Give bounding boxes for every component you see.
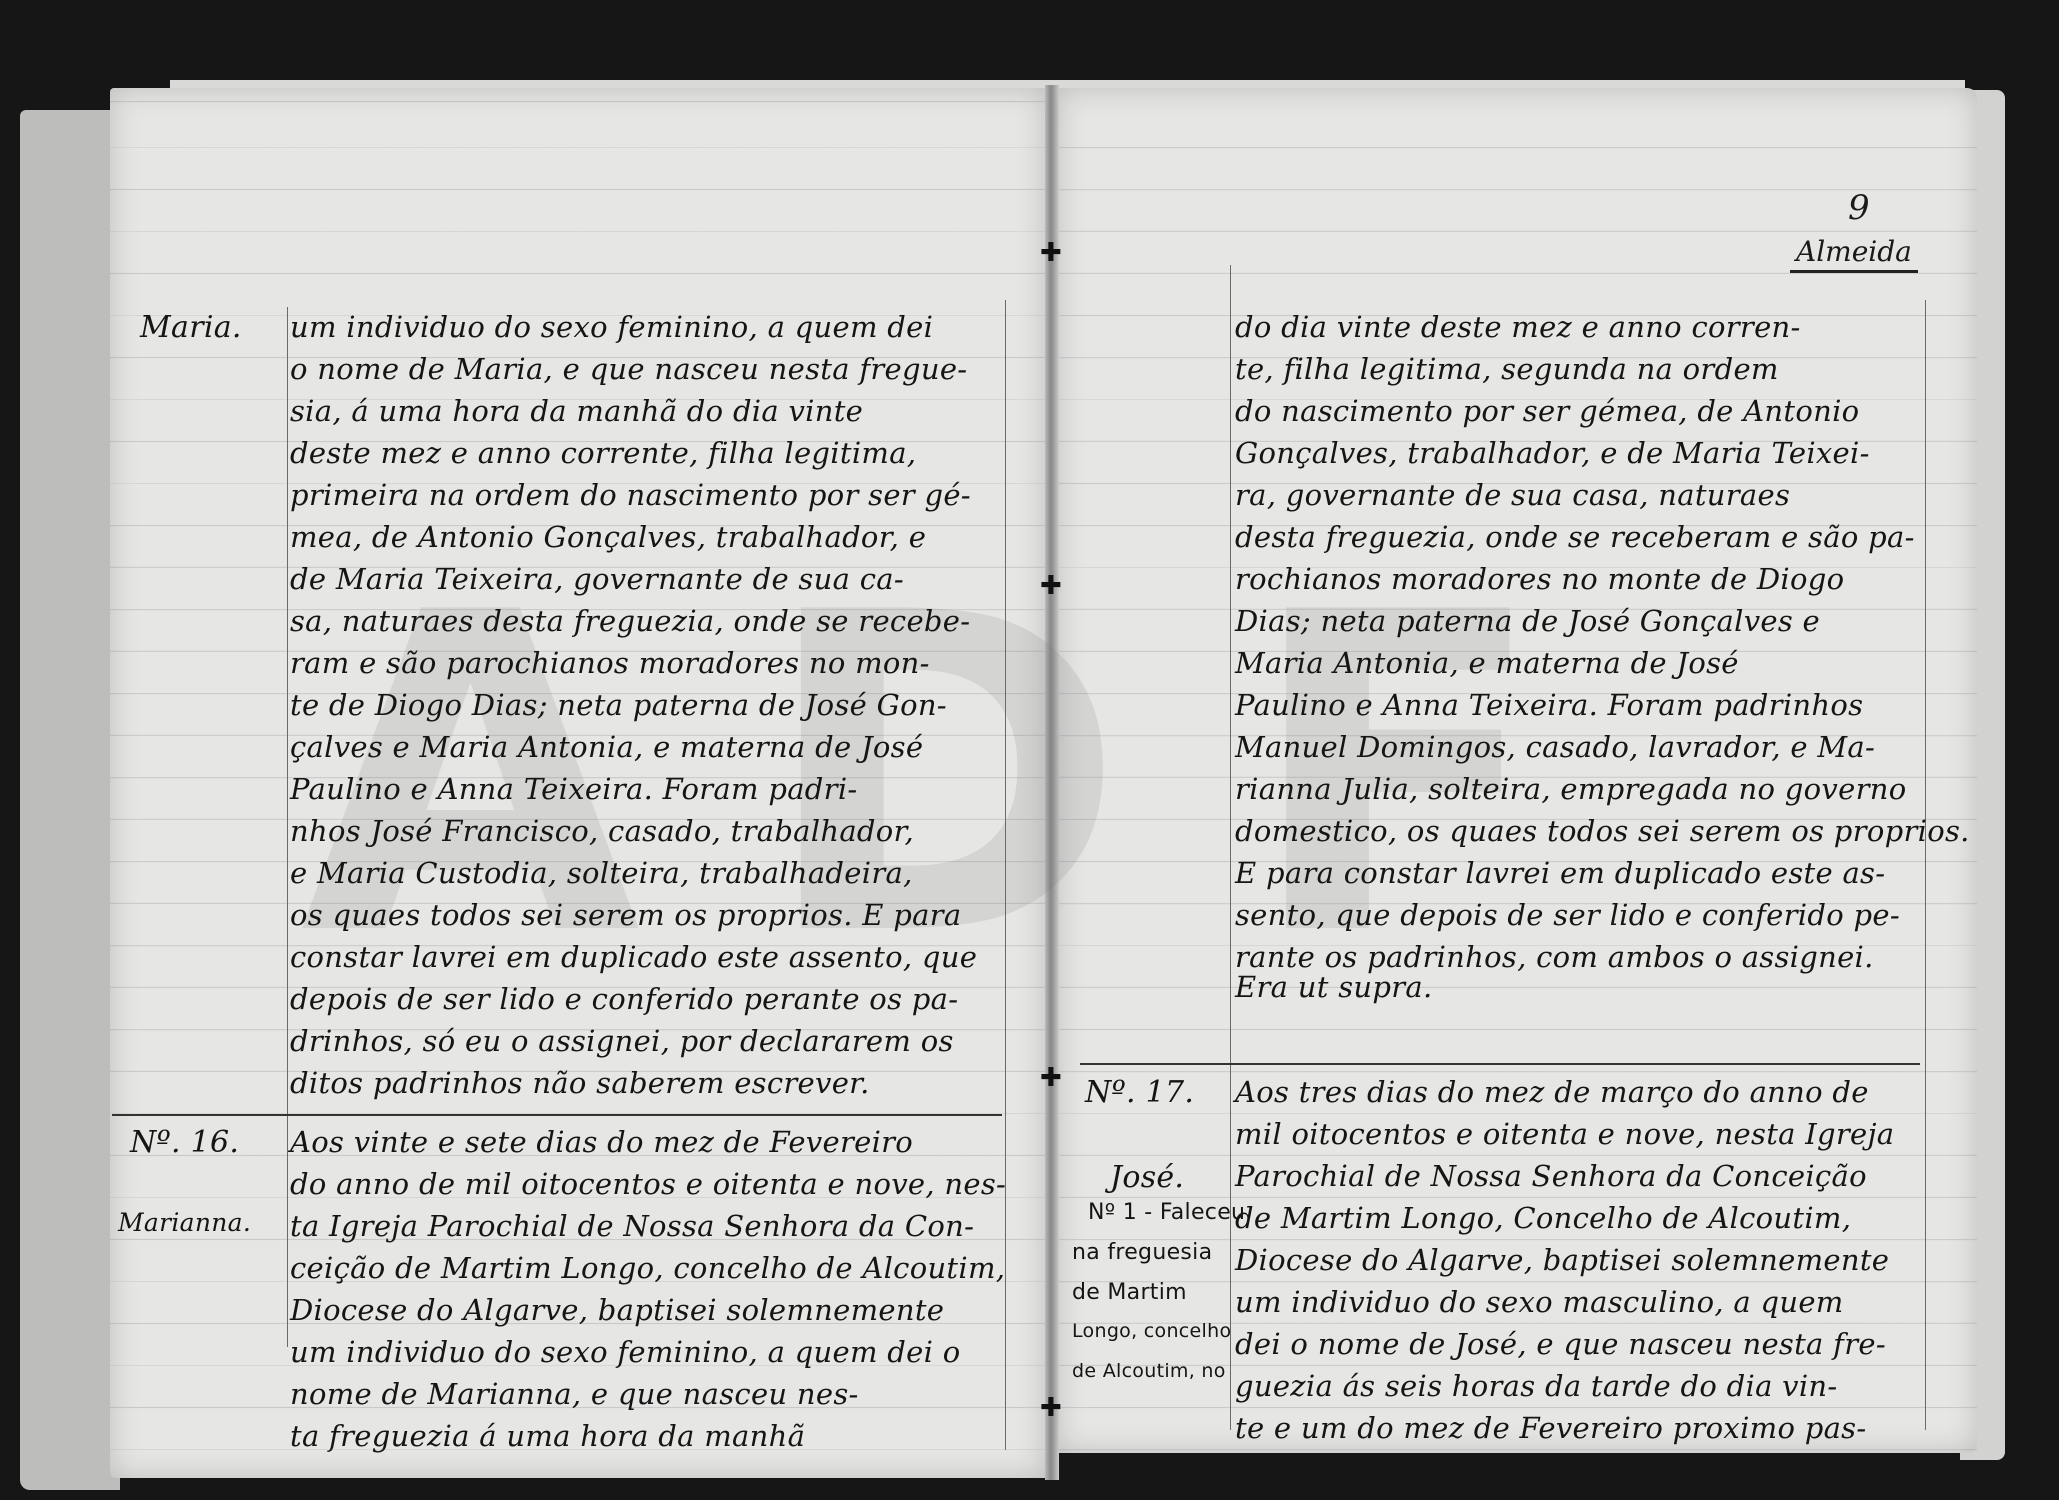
right-margin-rule [1230,265,1231,1430]
text-line: Paulino e Anna Teixeira. Foram padri- [290,772,858,806]
folio-mark: Almeida [1790,235,1918,273]
note-line: Longo, concelho [1072,1320,1231,1342]
text-line: Dias; neta paterna de José Gonçalves e [1235,604,1820,638]
binding-stitch-icon [1038,1075,1064,1085]
text-line: drinhos, só eu o assignei, por declarare… [290,1024,954,1058]
entry-number-17: Nº. 17. [1085,1075,1194,1110]
text-line: deste mez e anno corrente, filha legitim… [290,436,916,470]
folio-number: 9 [1848,188,1870,228]
text-line: ceição de Martim Longo, concelho de Alco… [290,1251,1005,1285]
text-line: de Maria Teixeira, governante de sua ca- [290,562,904,596]
note-line: na freguesia [1072,1240,1212,1265]
text-line: te de Diogo Dias; neta paterna de José G… [290,688,947,722]
text-line: um individuo do sexo feminino, a quem de… [290,310,933,344]
text-line: Aos vinte e sete dias do mez de Fevereir… [290,1125,913,1159]
text-line: um individuo do sexo masculino, a quem [1235,1285,1844,1319]
text-line: Paulino e Anna Teixeira. Foram padrinhos [1235,688,1863,722]
text-line: rante os padrinhos, com ambos o assignei… [1235,940,1874,974]
text-line: E para constar lavrei em duplicado este … [1235,856,1885,890]
book-spine [1045,85,1059,1480]
text-line: depois de ser lido e conferido perante o… [290,982,958,1016]
text-line: çalves e Maria Antonia, e materna de Jos… [290,730,923,764]
text-line: rianna Julia, solteira, empregada no gov… [1235,772,1906,806]
text-line: ditos padrinhos não saberem escrever. [290,1066,870,1100]
text-line: Maria Antonia, e materna de José [1235,646,1739,680]
binding-stitch-icon [1038,583,1064,593]
text-line: nhos José Francisco, casado, trabalhador… [290,814,914,848]
left-margin-rule [287,307,288,1347]
text-line: sento, que depois de ser lido e conferid… [1235,898,1900,932]
text-line: Diocese do Algarve, baptisei solemnement… [290,1293,944,1327]
left-entry-separator [112,1114,1002,1116]
text-line: os quaes todos sei serem os proprios. E … [290,898,961,932]
text-line: ra, governante de sua casa, naturaes [1235,478,1790,512]
text-line: Gonçalves, trabalhador, e de Maria Teixe… [1235,436,1870,470]
margin-name-maria: Maria. [140,310,242,345]
right-right-rule [1925,300,1926,1430]
text-line: um individuo do sexo feminino, a quem de… [290,1335,960,1369]
text-line: mea, de Antonio Gonçalves, trabalhador, … [290,520,926,554]
text-line: ta Igreja Parochial de Nossa Senhora da … [290,1209,974,1243]
text-line: Diocese do Algarve, baptisei solemnement… [1235,1243,1889,1277]
text-line: te, filha legitima, segunda na ordem [1235,352,1779,386]
text-line: primeira na ordem do nascimento por ser … [290,478,971,512]
text-line: constar lavrei em duplicado este assento… [290,940,977,974]
text-line: domestico, os quaes todos sei serem os p… [1235,814,1970,848]
text-line: e Maria Custodia, solteira, trabalhadeir… [290,856,913,890]
text-line: do nascimento por ser gémea, de Antonio [1235,394,1859,428]
binding-stitch-icon [1038,250,1064,260]
text-line: sia, á uma hora da manhã do dia vinte [290,394,863,428]
text-line: mil oitocentos e oitenta e nove, nesta I… [1235,1117,1894,1151]
note-line: de Alcoutim, no [1072,1360,1226,1382]
text-line: ta freguezia á uma hora da manhã [290,1419,805,1453]
text-line: Manuel Domingos, casado, lavrador, e Ma- [1235,730,1875,764]
text-line: nome de Marianna, e que nasceu nes- [290,1377,859,1411]
right-entry-separator [1080,1063,1920,1065]
margin-name-jose: José. [1110,1160,1184,1195]
text-line: te e um do mez de Fevereiro proximo pas- [1235,1411,1866,1445]
text-line: do anno de mil oitocentos e oitenta e no… [290,1167,1006,1201]
text-line: Era ut supra. [1235,970,1432,1004]
entry-number-16: Nº. 16. [130,1125,239,1160]
text-line: Parochial de Nossa Senhora da Conceição [1235,1159,1867,1193]
text-line: desta freguezia, onde se receberam e são… [1235,520,1915,554]
text-line: dei o nome de José, e que nasceu nesta f… [1235,1327,1886,1361]
note-line: Nº 1 - Faleceu [1088,1200,1245,1225]
text-line: ram e são parochianos moradores no mon- [290,646,930,680]
binding-stitch-icon [1038,1405,1064,1415]
note-line: de Martim [1072,1280,1187,1305]
text-line: do dia vinte deste mez e anno corren- [1235,310,1801,344]
text-line: guezia ás seis horas da tarde do dia vin… [1235,1369,1838,1403]
text-line: de Martim Longo, Concelho de Alcoutim, [1235,1201,1851,1235]
text-line: sa, naturaes desta freguezia, onde se re… [290,604,970,638]
book-cover-edge-left [20,110,120,1490]
text-line: Aos tres dias do mez de março do anno de [1235,1075,1869,1109]
text-line: rochianos moradores no monte de Diogo [1235,562,1844,596]
text-line: o nome de Maria, e que nasceu nesta freg… [290,352,967,386]
margin-name-marianna: Marianna. [118,1208,251,1237]
